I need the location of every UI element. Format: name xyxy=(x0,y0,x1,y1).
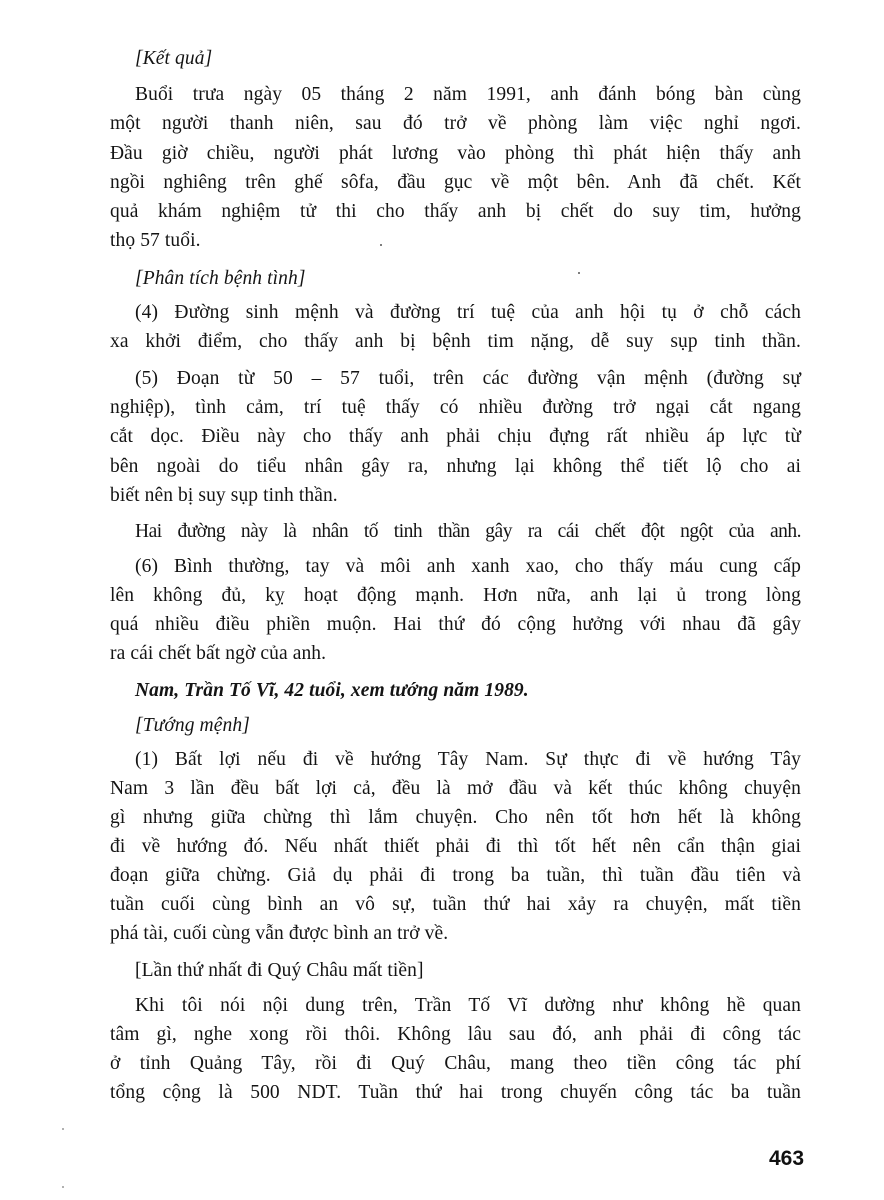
paragraph-line: cắt dọc. Điều này cho thấy anh phải chịu… xyxy=(110,422,801,451)
scan-speck xyxy=(62,1128,64,1130)
case-title: Nam, Trần Tố Vĩ, 42 tuổi, xem tướng năm … xyxy=(110,676,801,705)
paragraph-line: ngồi nghiêng trên ghế sôfa, đầu gục về m… xyxy=(110,168,801,197)
paragraph-line: tổng cộng là 500 NDT. Tuần thứ hai trong… xyxy=(110,1078,801,1107)
section-heading-lan-thu-nhat: [Lần thứ nhất đi Quý Châu mất tiền] xyxy=(110,956,801,985)
paragraph-line: quá nhiều điều phiền muộn. Hai thứ đó cộ… xyxy=(110,610,801,639)
paragraph-line: tâm gì, nghe xong rồi thôi. Không lâu sa… xyxy=(110,1020,801,1049)
scan-speck xyxy=(578,272,580,274)
paragraph-line: (6) Bình thường, tay và môi anh xanh xao… xyxy=(110,552,801,581)
paragraph-line: đoạn giữa chừng. Giả dụ phải đi trong ba… xyxy=(110,861,801,890)
paragraph-line: lên không đủ, kỵ hoạt động mạnh. Hơn nữa… xyxy=(110,581,801,610)
paragraph-line: Nam 3 lần đều bất lợi cả, đều là mở đầu … xyxy=(110,774,801,803)
paragraph-line: nghiệp), tình cảm, trí tuệ thấy có nhiều… xyxy=(110,393,801,422)
paragraph-line: bên ngoài do tiểu nhân gây ra, nhưng lại… xyxy=(110,452,801,481)
scan-speck xyxy=(62,1186,64,1188)
section-heading-ket-qua: [Kết quả] xyxy=(110,44,801,73)
paragraph-line: thọ 57 tuổi. xyxy=(110,226,801,255)
paragraph-line: (1) Bất lợi nếu đi về hướng Tây Nam. Sự … xyxy=(110,745,801,774)
paragraph-line: Buổi trưa ngày 05 tháng 2 năm 1991, anh … xyxy=(110,80,801,109)
section-heading-phan-tich-benh-tinh: [Phân tích bệnh tình] xyxy=(110,264,801,293)
scan-speck xyxy=(380,244,382,246)
section-heading-tuong-menh: [Tướng mệnh] xyxy=(110,711,801,740)
paragraph-line: đi về hướng đó. Nếu nhất thiết phải đi t… xyxy=(110,832,801,861)
paragraph-line: quả khám nghiệm tử thi cho thấy anh bị c… xyxy=(110,197,801,226)
paragraph-line: phá tài, cuối cùng vẫn được bình an trở … xyxy=(110,919,801,948)
paragraph-line: Khi tôi nói nội dung trên, Trần Tố Vĩ dư… xyxy=(110,991,801,1020)
page-number: 463 xyxy=(769,1147,804,1171)
paragraph-line: Hai đường này là nhân tố tinh thần gây r… xyxy=(110,517,801,546)
paragraph-line: (4) Đường sinh mệnh và đường trí tuệ của… xyxy=(110,298,801,327)
paragraph-line: biết nên bị suy sụp tinh thần. xyxy=(110,481,801,510)
book-page: [Kết quả] Buổi trưa ngày 05 tháng 2 năm … xyxy=(0,0,884,1200)
paragraph-line: xa khởi điểm, cho thấy anh bị bệnh tim n… xyxy=(110,327,801,356)
paragraph-line: gì nhưng giữa chừng thì lắm chuyện. Cho … xyxy=(110,803,801,832)
paragraph-line: tuần cuối cùng bình an vô sự, tuần thứ h… xyxy=(110,890,801,919)
paragraph-line: ra cái chết bất ngờ của anh. xyxy=(110,639,801,668)
paragraph-line: Đầu giờ chiều, người phát lương vào phòn… xyxy=(110,139,801,168)
paragraph-line: ở tỉnh Quảng Tây, rồi đi Quý Châu, mang … xyxy=(110,1049,801,1078)
paragraph-line: một người thanh niên, sau đó trở về phòn… xyxy=(110,109,801,138)
paragraph-line: (5) Đoạn từ 50 – 57 tuổi, trên các đường… xyxy=(110,364,801,393)
